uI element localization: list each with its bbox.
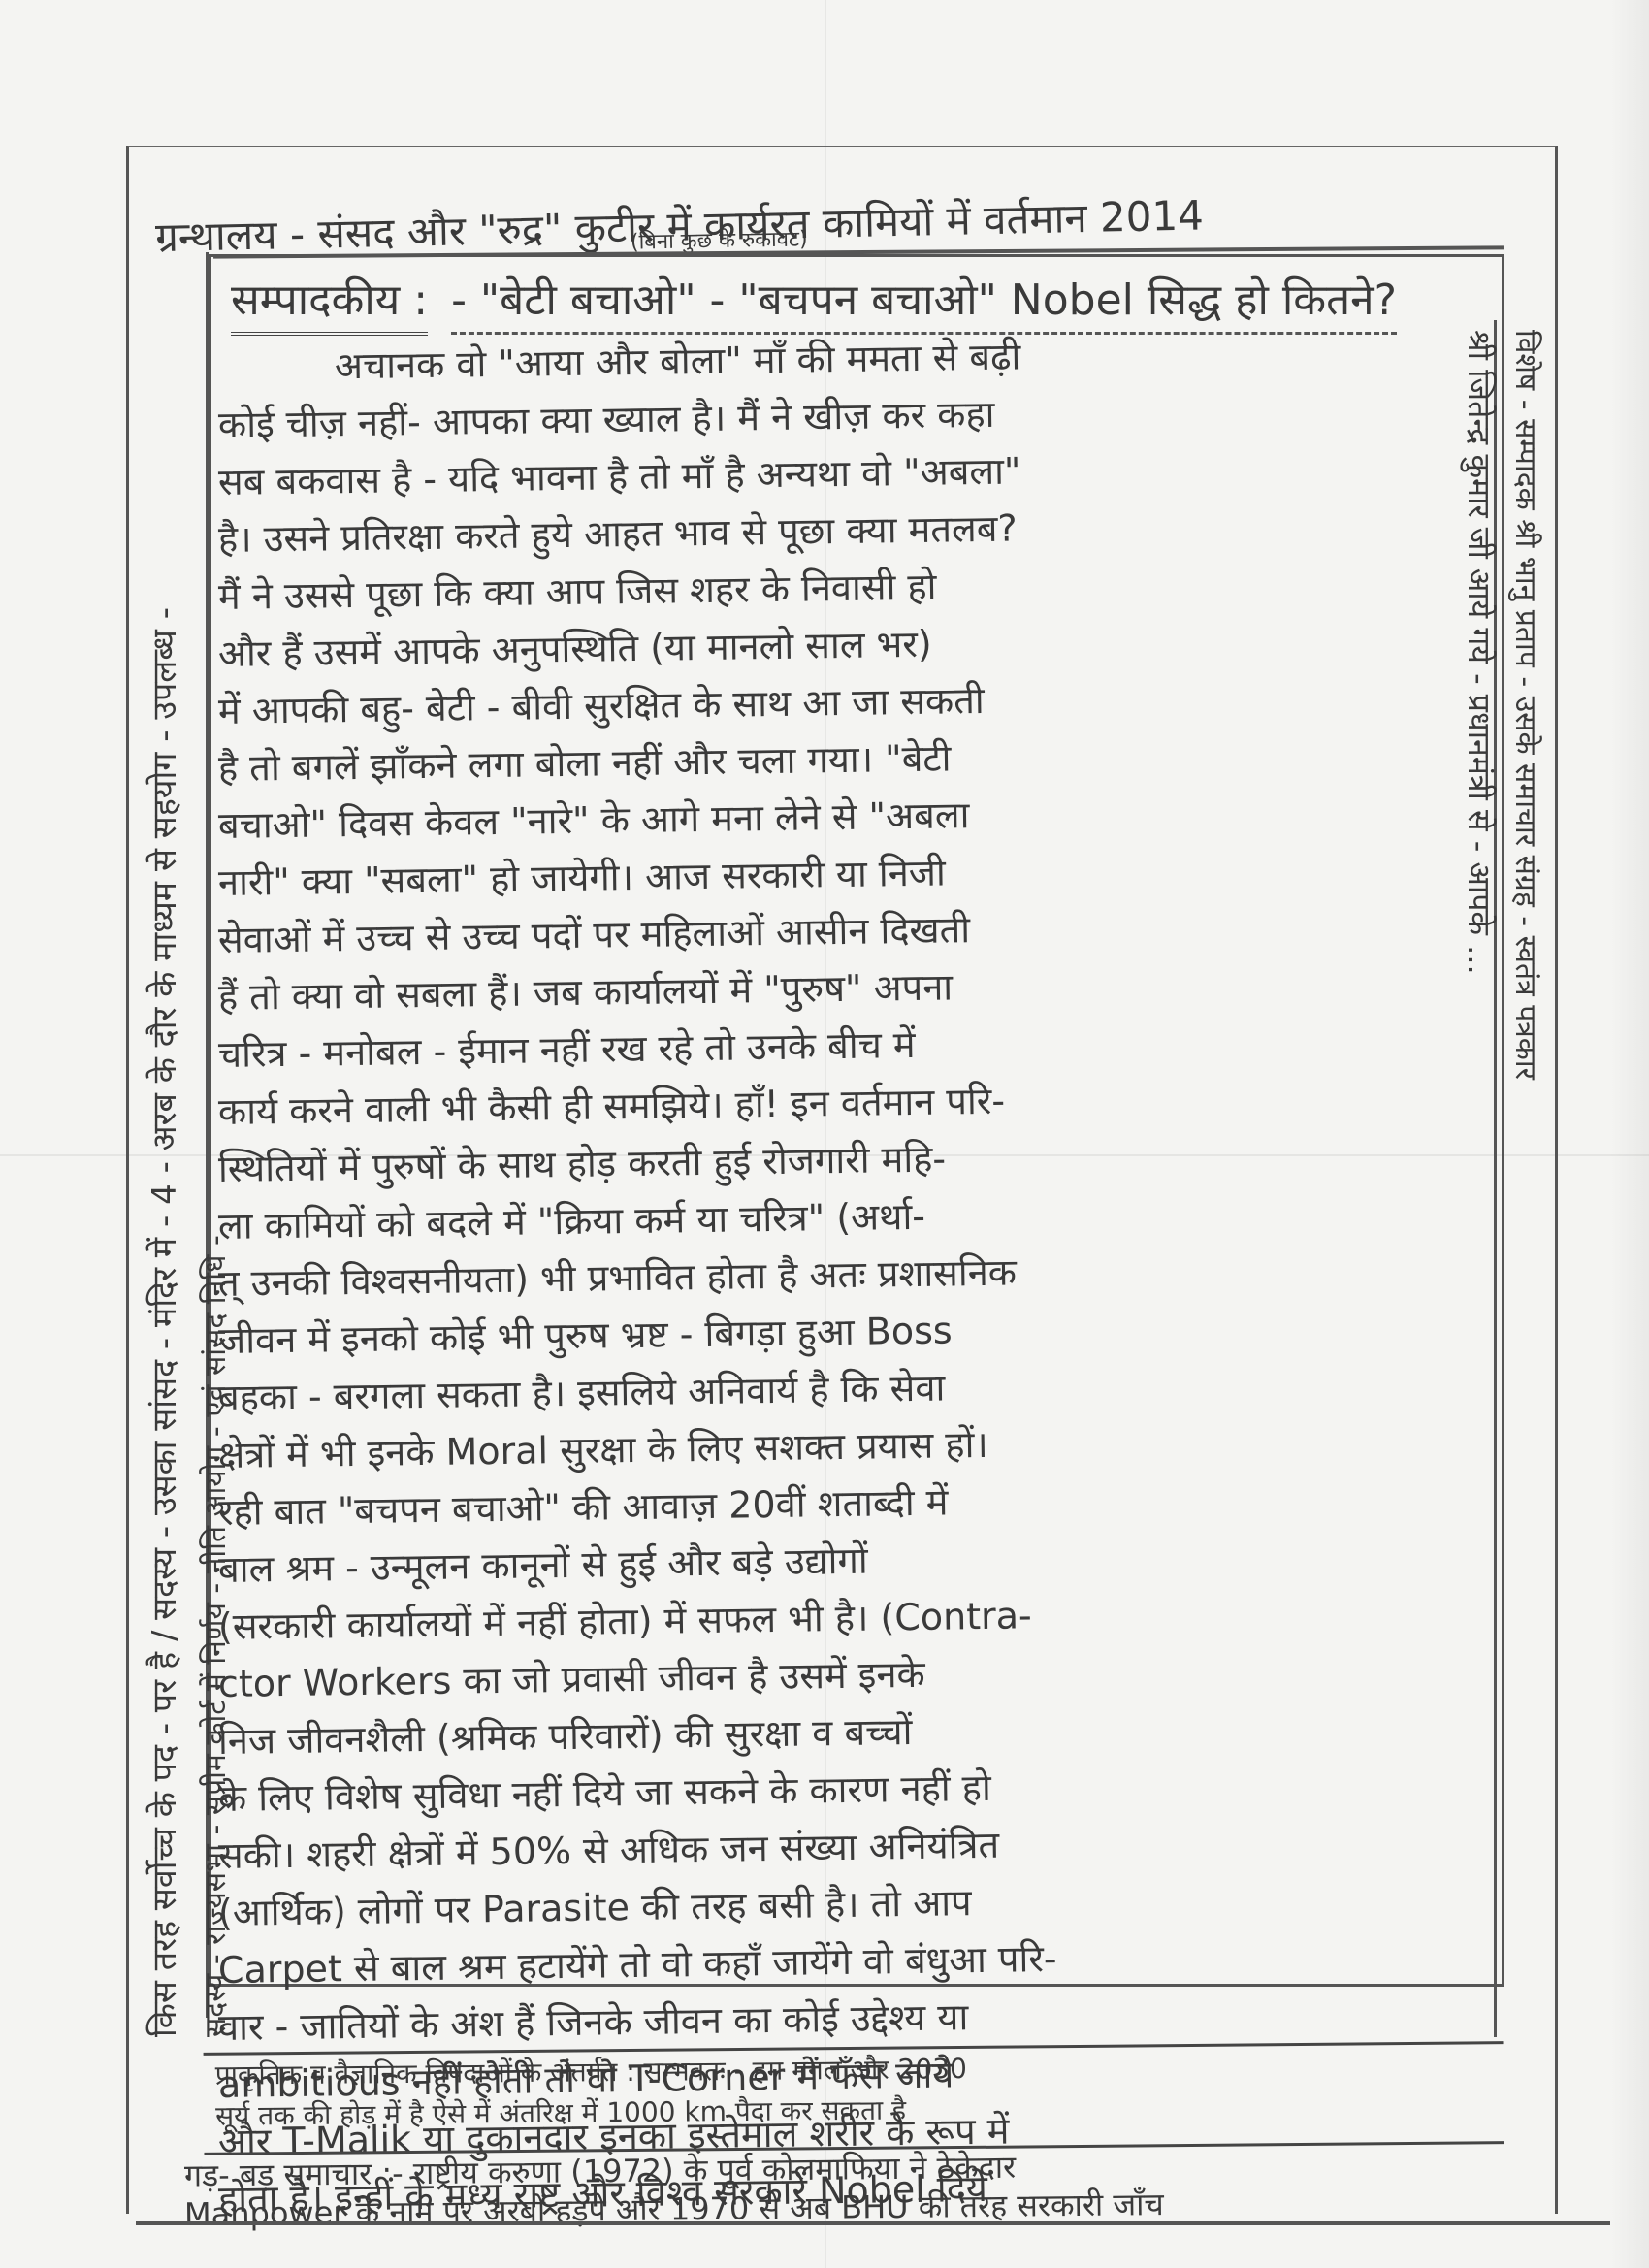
- paper-edge: [1610, 0, 1649, 2268]
- bottom-rule: [136, 2221, 1610, 2225]
- editorial-body: अचानक वो "आया और बोला" माँ की ममता से बढ…: [218, 340, 1479, 2228]
- left-margin-note-inner: सदस्य - राज्यसभा - सुप्रीम कोर्ट में निर…: [199, 621, 252, 2037]
- right-margin-note: श्री जितेन्द्र कुमार जी आये गये - प्रधान…: [1440, 330, 1499, 2027]
- right-margin-note-outer: विशेष - सम्पादक श्री भानु प्रताप - उसके …: [1494, 330, 1542, 2027]
- footnote-box: प्राकृतिक व वैज्ञानिक विपदाओं के अंतर्गत…: [204, 2041, 1504, 2155]
- editorial-label: सम्पादकीय :: [231, 274, 428, 336]
- news-section: गड़- बड़ समाचार :- राष्ट्रीय करुणा (1972…: [184, 2149, 1600, 2226]
